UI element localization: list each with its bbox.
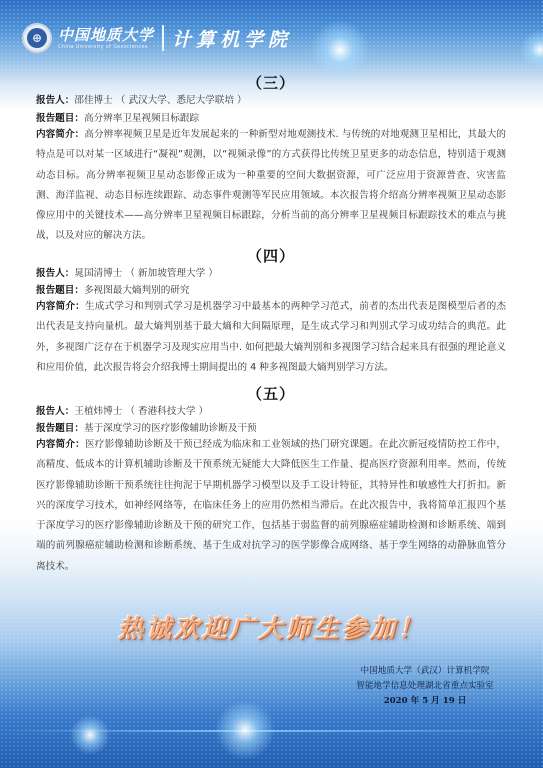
intro-label: 内容简介： [36,129,84,140]
speaker-value: 王植炜博士 （ 香港科技大学 ） [74,406,208,417]
speaker-line: 报告人：晁国清博士 （ 新加坡管理大学 ） [36,268,506,280]
intro-value: 医疗影像辅助诊断及干预已经成为临床和工业领域的热门研究课题。在此次新冠疫情防控工… [36,439,506,572]
topic-label: 报告题目： [36,113,84,124]
footer-organizer: 中国地质大学（武汉）计算机学院 智能地学信息处理湖北省重点实验室 2020 年 … [340,664,510,709]
university-name-en: China University of Geosciences [58,44,154,51]
header-divider [162,25,164,51]
section-title: （四） [36,245,506,266]
speaker-label: 报告人： [36,406,74,417]
topic-value: 基于深度学习的医疗影像辅助诊断及干预 [84,423,257,434]
topic-line: 报告题目：多视图最大熵判别的研究 [36,285,506,297]
topic-label: 报告题目： [36,423,84,434]
event-date: 2020 年 5 月 19 日 [340,694,510,709]
light-glow-decoration [310,20,370,80]
intro-paragraph: 内容简介：高分辨率视频卫星是近年发展起来的一种新型对地观测技术. 与传统的对地观… [36,125,506,247]
topic-value: 多视图最大熵判别的研究 [84,285,190,296]
university-block: 中国地质大学 China University of Geosciences [58,26,154,51]
speaker-label: 报告人： [36,95,74,106]
topic-line: 报告题目：基于深度学习的医疗影像辅助诊断及干预 [36,423,506,435]
college-name: 计算机学院 [172,25,292,52]
section-title: （五） [36,383,506,404]
speaker-label: 报告人： [36,268,74,279]
welcome-slogan: 热诚欢迎广大师生参加！ [102,609,442,645]
intro-paragraph: 内容简介：医疗影像辅助诊断及干预已经成为临床和工业领域的热门研究课题。在此次新冠… [36,435,506,577]
intro-paragraph: 内容简介：生成式学习和判别式学习是机器学习中最基本的两种学习范式，前者的杰出代表… [36,297,506,378]
university-name: 中国地质大学 [58,26,154,44]
intro-value: 生成式学习和判别式学习是机器学习中最基本的两种学习范式，前者的杰出代表是图模型后… [36,301,506,373]
intro-label: 内容简介： [36,301,85,312]
speaker-value: 邵佳博士 （ 武汉大学、悉尼大学联培 ） [74,95,246,106]
section-title: （三） [36,72,506,93]
topic-label: 报告题目： [36,285,84,296]
organizer-name: 中国地质大学（武汉）计算机学院 [340,664,510,679]
university-emblem-icon: ⊕ [22,23,52,53]
speaker-line: 报告人：王植炜博士 （ 香港科技大学 ） [36,406,506,418]
light-glow-decoration [215,700,275,760]
light-glow-decoration [70,715,110,755]
emblem-inner-icon: ⊕ [27,28,47,48]
intro-label: 内容简介： [36,439,85,450]
header-logo: ⊕ 中国地质大学 China University of Geosciences… [22,20,292,56]
intro-value: 高分辨率视频卫星是近年发展起来的一种新型对地观测技术. 与传统的对地观测卫星相比… [36,129,506,241]
topic-value: 高分辨率卫星视频目标跟踪 [84,113,199,124]
speaker-line: 报告人：邵佳博士 （ 武汉大学、悉尼大学联培 ） [36,95,506,107]
topic-line: 报告题目：高分辨率卫星视频目标跟踪 [36,113,506,125]
speaker-value: 晁国清博士 （ 新加坡管理大学 ） [74,268,217,279]
lab-name: 智能地学信息处理湖北省重点实验室 [340,679,510,694]
